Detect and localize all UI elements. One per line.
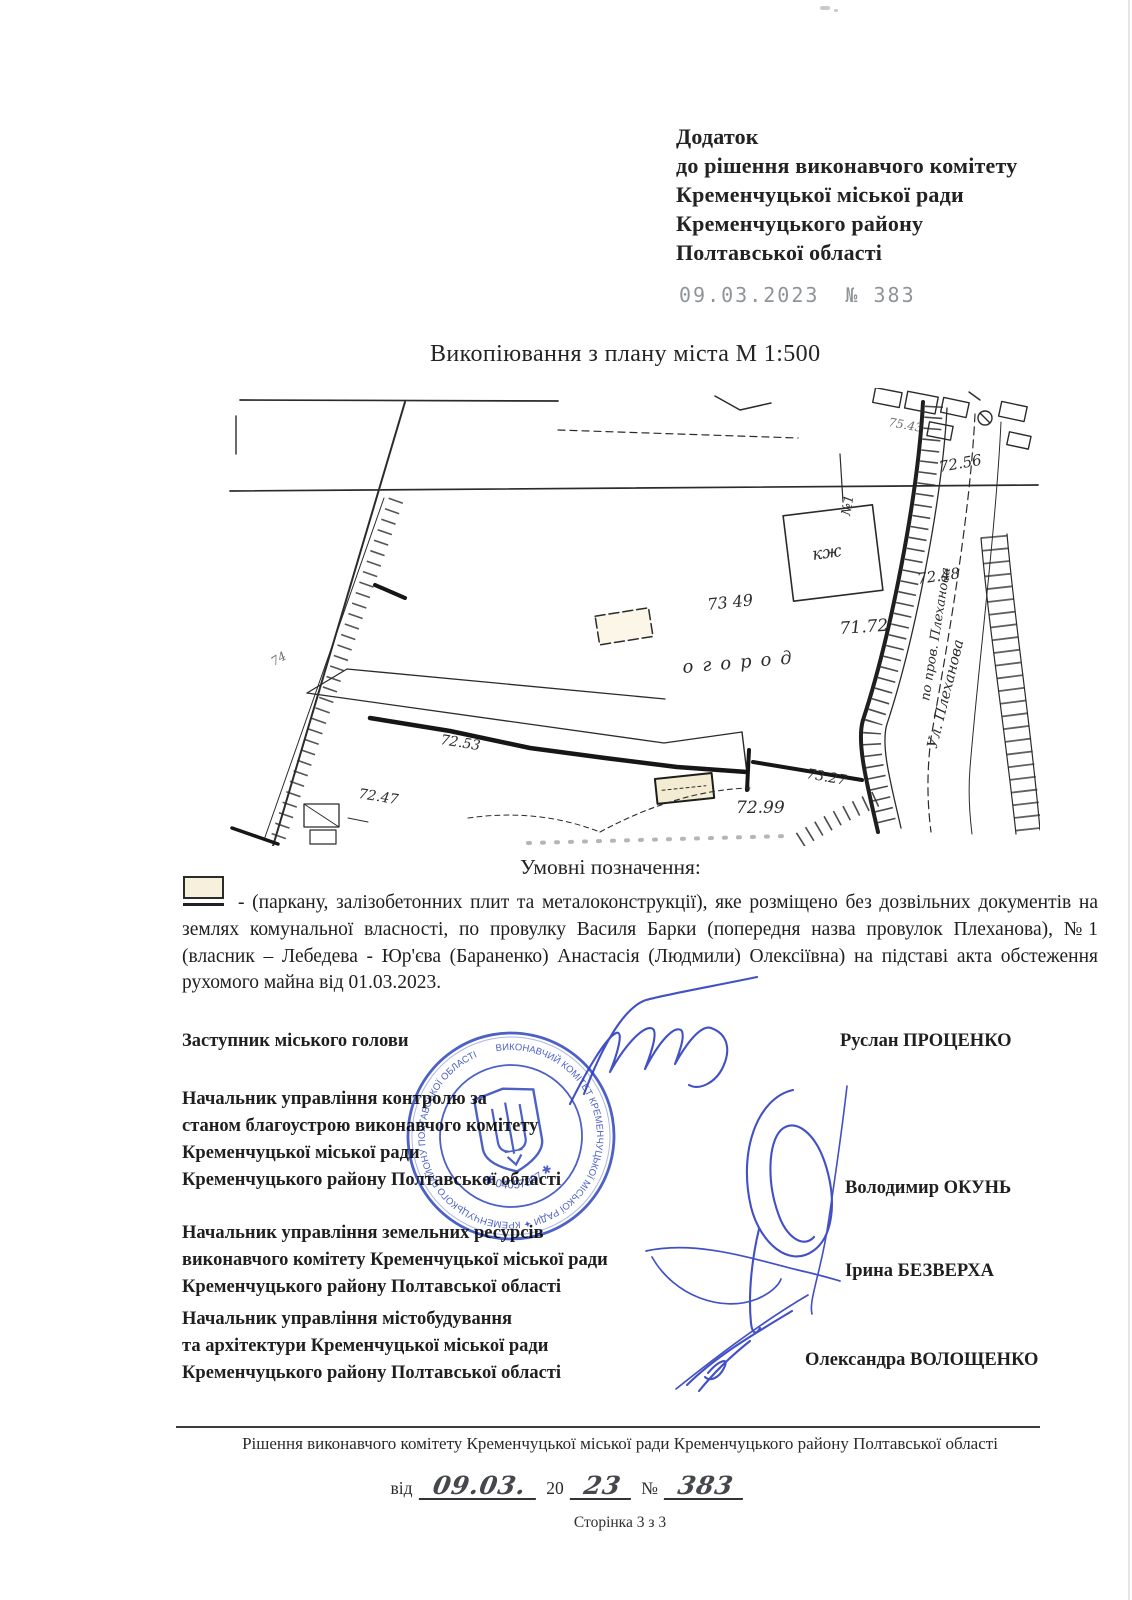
header-line: до рішення виконавчого комітету [676,151,1017,180]
scan-edge-shadow [1128,0,1130,1600]
footer-divider [176,1426,1040,1428]
position-line: та архітектури Кременчуцької міської рад… [182,1333,682,1360]
map-label-73-27: 73.27 [805,766,847,789]
header-line: Додаток [676,122,1017,151]
small-building [595,608,653,645]
signatory-position-3: Начальник управління земельних ресурсів … [182,1220,682,1301]
site-plan-svg: кж огород 73 49 71.72 72.56 72.48 72.99 … [228,388,1040,846]
position-line: Начальник управління містобудування [182,1306,682,1333]
position-line: Кременчуцької міської ради [182,1140,682,1167]
scanned-document-page: Додаток до рішення виконавчого комітету … [0,0,1132,1600]
map-label-72-99: 72.99 [736,798,785,818]
site-plan-map: кж огород 73 49 71.72 72.56 72.48 72.99 … [228,388,1040,846]
signatory-name-1: Руслан ПРОЦЕНКО [840,1031,1012,1052]
position-line: станом благоустрою виконавчого комітету [182,1113,682,1140]
signatory-position-1: Заступник міського голови [182,1028,682,1055]
position-line: Кременчуцького району Полтавської област… [182,1274,682,1301]
map-label-75-43: 75.43 [887,415,924,435]
footer-date-number-line: від 09.03. 20 23 № 383 [0,1474,1132,1500]
map-label-kzh: кж [811,541,844,565]
position-line: виконавчого комітету Кременчуцької міськ… [182,1247,682,1274]
header-line: Кременчуцької міської ради [676,180,1017,209]
footer-number-handwritten: 383 [664,1474,748,1500]
footer-page-info: Сторінка 3 з 3 [150,1514,1090,1532]
position-line: Кременчуцького району Полтавської област… [182,1360,682,1387]
map-label-73-49: 73 49 [706,590,754,614]
signatory-position-4: Начальник управління містобудування та а… [182,1306,682,1387]
position-line: Начальник управління земельних ресурсів [182,1220,682,1247]
map-lines [230,388,1040,846]
signatory-name-2: Володимир ОКУНЬ [845,1178,1011,1199]
footer-date-handwritten: 09.03. [419,1474,541,1500]
header-line: Полтавської області [676,238,1017,267]
position-line: Заступник міського голови [182,1028,682,1055]
signatory-name-4: Олександра ВОЛОЩЕНКО [805,1350,1038,1371]
position-line: Начальник управління контролю за [182,1086,682,1113]
map-label-72-47: 72.47 [357,786,399,808]
decision-date-number-stamp: 09.03.2023№ 383 [679,283,942,307]
signatory-name-3: Ірина БЕЗВЕРХА [845,1261,994,1282]
scan-artifact [820,6,830,10]
map-label-74: 74 [269,649,289,669]
legend-text: - (паркану, залізобетонних плит та метал… [182,890,1098,997]
document-header: Додаток до рішення виконавчого комітету … [676,122,1017,267]
map-label-ogorod: огород [682,647,802,678]
position-line: Кременчуцького району Полтавської област… [182,1167,682,1194]
highlighted-object [655,773,714,804]
decision-number: № 383 [845,283,915,307]
map-label-71-72: 71.72 [839,616,889,639]
header-line: Кременчуцького району [676,209,1017,238]
footer-vid-label: від [390,1478,412,1498]
signatory-position-2: Начальник управління контролю за станом … [182,1086,682,1194]
footer-no-label: № [641,1478,658,1498]
scan-artifact [834,9,838,12]
legend-heading: Умовні позначення: [520,855,701,880]
footer-year-handwritten: 23 [570,1474,635,1500]
footer-decision-line: Рішення виконавчого комітету Кременчуцьк… [150,1434,1090,1454]
signature-voloshchenko [676,1295,808,1391]
page-title: Викопіювання з плану міста М 1:500 [430,341,820,368]
footer-year-prefix: 20 [546,1478,564,1498]
signature-okun [747,1086,847,1314]
map-label-72-56: 72.56 [938,451,984,476]
decision-date: 09.03.2023 [679,283,819,307]
